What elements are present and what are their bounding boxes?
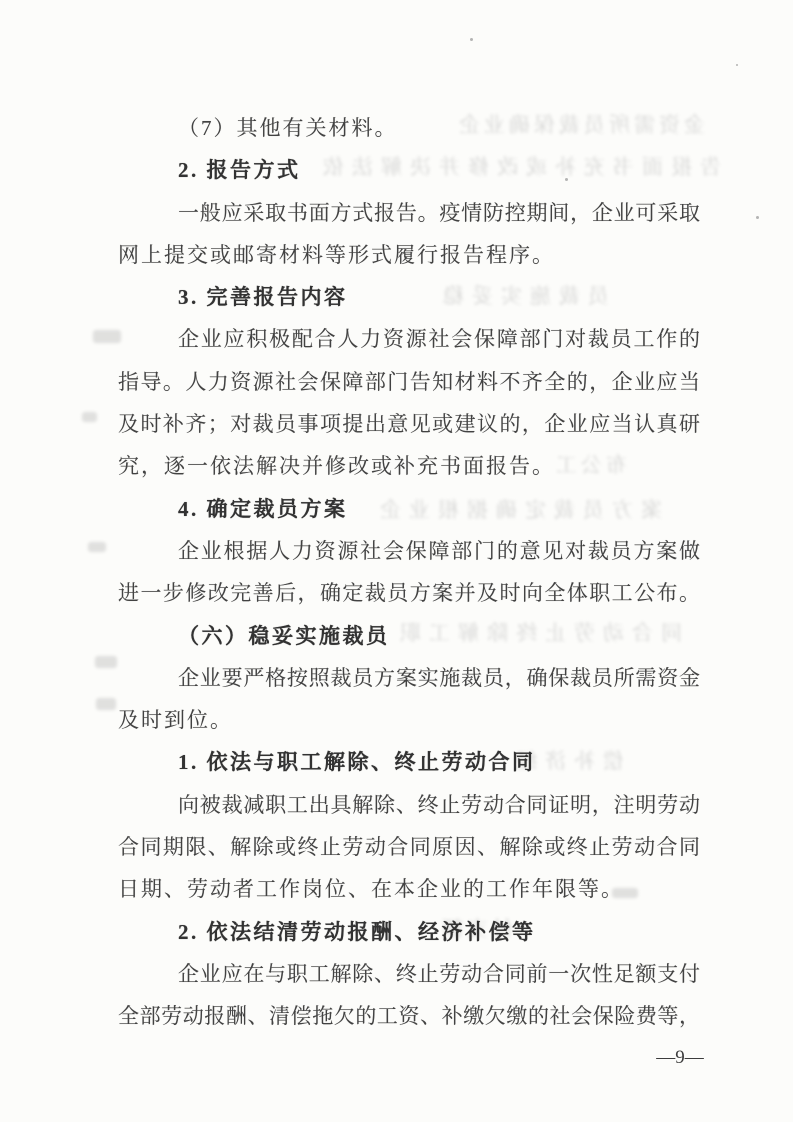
scan-smudge (88, 542, 106, 552)
paragraph-line: （7）其他有关材料。 (118, 107, 700, 149)
paragraph-line: 向被裁减职工出具解除、终止劳动合同证明，注明劳动 (118, 784, 700, 826)
scan-speck (470, 38, 473, 41)
paragraph-line: 企业应在与职工解除、终止劳动合同前一次性足额支付 (118, 953, 700, 995)
paragraph-line: 及时到位。 (118, 699, 700, 741)
paragraph-line: 合同期限、解除或终止劳动合同原因、解除或终止劳动合同 (118, 826, 700, 868)
scan-speck (756, 216, 759, 219)
paragraph-line: 究，逐一依法解决并修改或补充书面报告。 (118, 445, 700, 487)
paragraph-line: 网上提交或邮寄材料等形式履行报告程序。 (118, 234, 700, 276)
page-number: —9— (630, 1047, 730, 1069)
heading-line: 4. 确定裁员方案 (118, 488, 700, 530)
scan-smudge (82, 412, 97, 422)
scan-smudge (96, 698, 116, 710)
heading-line: 2. 依法结清劳动报酬、经济补偿等 (118, 911, 700, 953)
paragraph-line: 及时补齐；对裁员事项提出意见或建议的，企业应当认真研 (118, 403, 700, 445)
heading-line: 1. 依法与职工解除、终止劳动合同 (118, 741, 700, 783)
paragraph-line: 企业要严格按照裁员方案实施裁员，确保裁员所需资金 (118, 657, 700, 699)
paragraph-line: 指导。人力资源社会保障部门告知材料不齐全的，企业应当 (118, 361, 700, 403)
paragraph-line: 企业根据人力资源社会保障部门的意见对裁员方案做 (118, 530, 700, 572)
paragraph-line: 日期、劳动者工作岗位、在本企业的工作年限等。 (118, 868, 700, 910)
paragraph-line: 一般应采取书面方式报告。疫情防控期间，企业可采取 (118, 192, 700, 234)
heading-line: （六）稳妥实施裁员 (118, 615, 700, 657)
scan-smudge (95, 656, 117, 668)
paragraph-line: 全部劳动报酬、清偿拖欠的工资、补缴欠缴的社会保险费等， (118, 995, 700, 1037)
paragraph-line: 企业应积极配合人力资源社会保障部门对裁员工作的 (118, 318, 700, 360)
document-content: （7）其他有关材料。 2. 报告方式 一般应采取书面方式报告。疫情防控期间，企业… (118, 107, 700, 1038)
heading-line: 2. 报告方式 (118, 149, 700, 191)
paragraph-line: 进一步修改完善后，确定裁员方案并及时向全体职工公布。 (118, 572, 700, 614)
scanned-document-page: 金资需所员裁保确业企 告报面书充补或改修并决解法依 员裁施实妥稳 布公工 案方员… (0, 0, 793, 1122)
heading-line: 3. 完善报告内容 (118, 276, 700, 318)
scan-smudge (93, 330, 121, 343)
scan-speck (736, 64, 738, 66)
